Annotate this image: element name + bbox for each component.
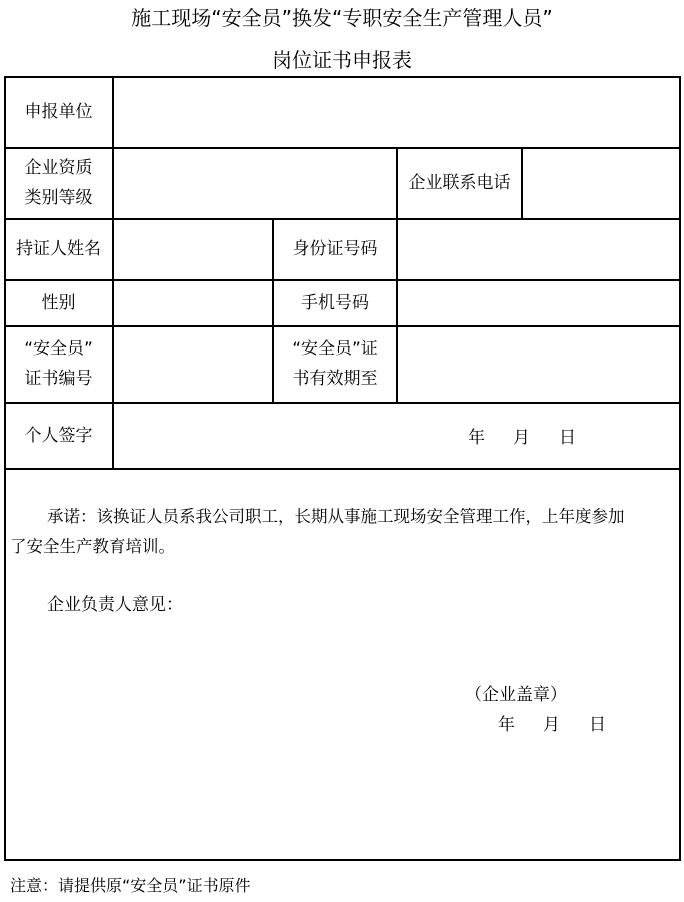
commitment-text-line1: 承诺：该换证人员系我公司职工，长期从事施工现场安全管理工作，上年度参加 xyxy=(47,502,625,532)
footer-note: 注意：请提供原“安全员”证书原件 xyxy=(10,874,251,898)
seal-year: 年 xyxy=(498,710,515,740)
signature-field[interactable] xyxy=(114,403,679,468)
validity-field[interactable] xyxy=(398,326,679,402)
table-border-right xyxy=(679,76,681,861)
cert-number-field[interactable] xyxy=(114,326,272,402)
signature-label: 个人签字 xyxy=(5,403,112,468)
cert-number-label-line2: 证书编号 xyxy=(25,364,93,394)
holder-name-label: 持证人姓名 xyxy=(5,219,112,279)
cert-number-label-line1: “安全员” xyxy=(24,334,93,364)
validity-label: “安全员”证 书有效期至 xyxy=(274,326,396,402)
gender-label: 性别 xyxy=(5,280,112,325)
mobile-field[interactable] xyxy=(398,280,679,325)
leader-opinion-field[interactable] xyxy=(40,615,660,685)
company-phone-field[interactable] xyxy=(523,148,679,218)
form-title-line1: 施工现场“安全员”换发“专职安全生产管理人员” xyxy=(0,4,684,32)
applicant-unit-field[interactable] xyxy=(114,77,679,147)
seal-month: 月 xyxy=(543,710,560,740)
qualification-field[interactable] xyxy=(114,148,396,218)
mobile-label: 手机号码 xyxy=(274,280,396,325)
id-number-label: 身份证号码 xyxy=(274,219,396,279)
cert-number-label: “安全员” 证书编号 xyxy=(5,326,112,402)
signature-year: 年 xyxy=(468,423,485,453)
id-number-field[interactable] xyxy=(398,219,679,279)
qualification-label-line1: 企业资质 xyxy=(25,153,93,183)
gender-field[interactable] xyxy=(114,280,272,325)
seal-label: （企业盖章） xyxy=(465,680,567,710)
qualification-label: 企业资质 类别等级 xyxy=(5,148,112,218)
validity-label-line2: 书有效期至 xyxy=(293,364,378,394)
holder-name-field[interactable] xyxy=(114,219,272,279)
validity-label-line1: “安全员”证 xyxy=(292,334,378,364)
qualification-label-line2: 类别等级 xyxy=(25,183,93,213)
seal-day: 日 xyxy=(589,710,606,740)
table-border-bottom xyxy=(4,859,681,861)
form-title-line2: 岗位证书申报表 xyxy=(0,46,684,74)
signature-day: 日 xyxy=(559,423,576,453)
applicant-unit-label: 申报单位 xyxy=(5,77,112,147)
signature-month: 月 xyxy=(513,423,530,453)
commitment-text-line2: 了安全生产教育培训。 xyxy=(10,532,175,562)
row-divider xyxy=(4,468,681,470)
company-phone-label: 企业联系电话 xyxy=(398,148,521,218)
